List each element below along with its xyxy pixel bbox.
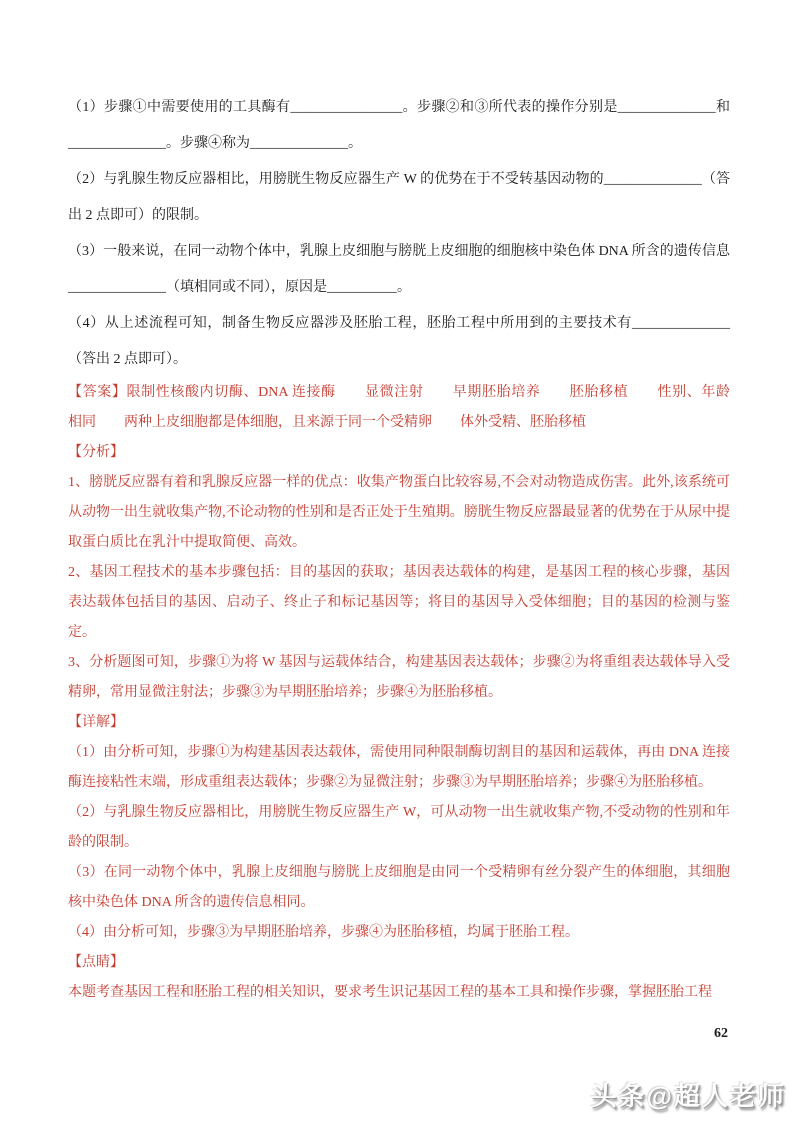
watermark: 头条@超人老师	[591, 1076, 786, 1113]
document-content: （1）步骤①中需要使用的工具酶有________________。步骤②和③所代…	[68, 90, 730, 1008]
question-2: （2）与乳腺生物反应器相比，用膀胱生物反应器生产 W 的优势在于不受转基因动物的…	[68, 162, 730, 234]
highlight-heading: 【点睛】	[68, 948, 730, 978]
detail-heading: 【详解】	[68, 708, 730, 738]
highlight-paragraph-1: 本题考查基因工程和胚胎工程的相关知识，要求考生识记基因工程的基本工具和操作步骤，…	[68, 978, 730, 1008]
answer-label: 【答案】	[68, 385, 127, 400]
question-3: （3）一般来说，在同一动物个体中，乳腺上皮细胞与膀胱上皮细胞的细胞核中染色体 D…	[68, 234, 730, 306]
question-4: （4）从上述流程可知，制备生物反应器涉及胚胎工程，胚胎工程中所用到的主要技术有_…	[68, 306, 730, 378]
question-1: （1）步骤①中需要使用的工具酶有________________。步骤②和③所代…	[68, 90, 730, 162]
answer-text: 限制性核酸内切酶、DNA 连接酶 显微注射 早期胚胎培养 胚胎移植 性别、年龄 …	[68, 385, 758, 430]
detail-paragraph-3: （3）在同一动物个体中，乳腺上皮细胞与膀胱上皮细胞是由同一个受精卵有丝分裂产生的…	[68, 858, 730, 918]
analysis-paragraph-3: 3、分析题图可知，步骤①为将 W 基因与运载体结合，构建基因表达载体；步骤②为将…	[68, 648, 730, 708]
detail-paragraph-1: （1）由分析可知，步骤①为构建基因表达载体，需使用同种限制酶切割目的基因和运载体…	[68, 738, 730, 798]
answer-line: 【答案】限制性核酸内切酶、DNA 连接酶 显微注射 早期胚胎培养 胚胎移植 性别…	[68, 378, 730, 438]
page-number: 62	[714, 1026, 728, 1042]
analysis-paragraph-2: 2、基因工程技术的基本步骤包括：目的基因的获取；基因表达载体的构建，是基因工程的…	[68, 558, 730, 648]
document-page: （1）步骤①中需要使用的工具酶有________________。步骤②和③所代…	[0, 0, 794, 1123]
detail-paragraph-4: （4）由分析可知，步骤③为早期胚胎培养，步骤④为胚胎移植，均属于胚胎工程。	[68, 918, 730, 948]
detail-paragraph-2: （2）与乳腺生物反应器相比，用膀胱生物反应器生产 W，可从动物一出生就收集产物,…	[68, 798, 730, 858]
analysis-heading: 【分析】	[68, 438, 730, 468]
analysis-paragraph-1: 1、膀胱反应器有着和乳腺反应器一样的优点：收集产物蛋白比较容易,不会对动物造成伤…	[68, 468, 730, 558]
